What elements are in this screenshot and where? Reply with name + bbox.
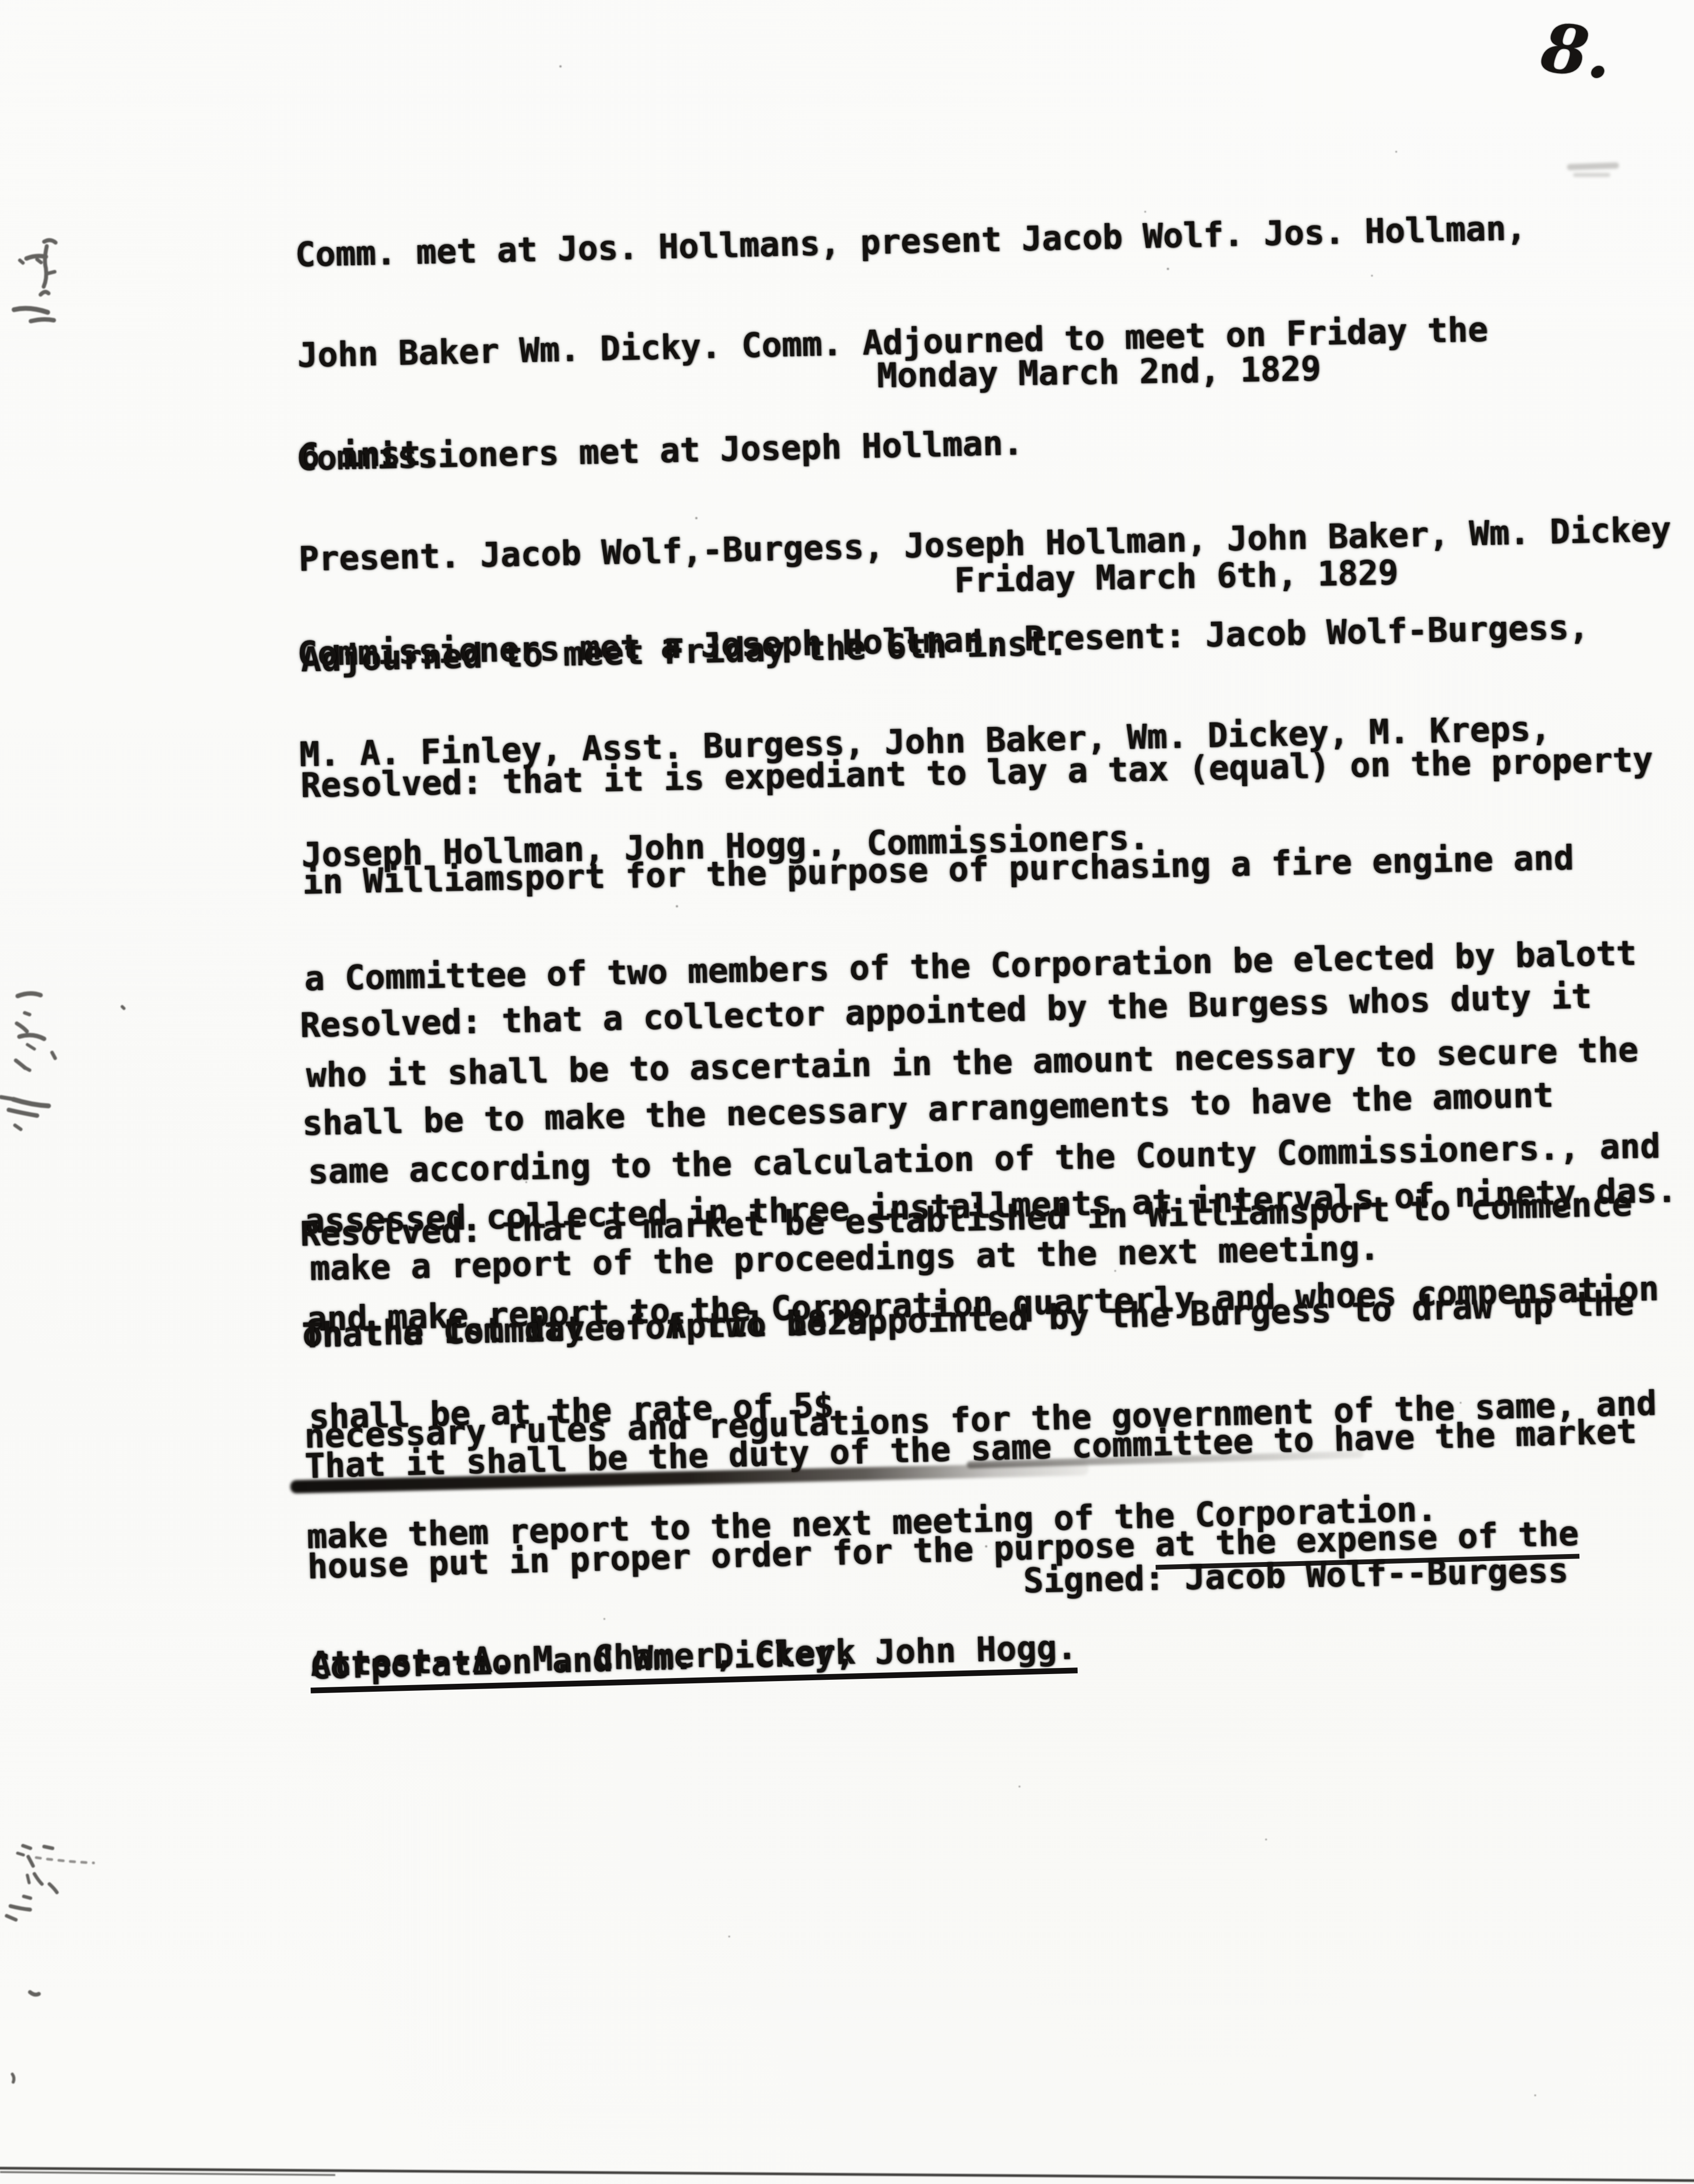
signature-line: Signed: Jacob Wolf--Burgess <box>1022 1487 1570 1665</box>
ink-speck <box>603 1618 605 1620</box>
ink-speck <box>676 905 678 907</box>
ink-speck <box>525 1181 527 1183</box>
ink-speck <box>1019 1786 1020 1787</box>
text-line: Resolved: that a collector appointed by … <box>300 978 1672 1042</box>
ink-speck <box>1167 268 1169 270</box>
ink-speck <box>1114 1270 1116 1272</box>
faint-pencil-smudge <box>1573 173 1610 177</box>
ink-speck <box>1517 1007 1519 1009</box>
ink-speck <box>1144 211 1146 213</box>
text-line: in Williamsport for the purpose of purch… <box>302 840 1655 898</box>
ink-speck <box>1395 151 1397 153</box>
text-line: Comm. met at Jos. Hollmans, present Jaco… <box>295 211 1526 272</box>
ink-speck <box>1006 554 1008 556</box>
text-line: Resolved: that it is expediant to lay a … <box>300 743 1653 802</box>
ink-speck <box>985 1545 987 1547</box>
text-line: That a Committee of two be appointed by … <box>302 1286 1655 1352</box>
ink-speck <box>728 1936 730 1937</box>
text-line: Commissioners met at Joseph Hollman. <box>296 412 1669 476</box>
ink-speck <box>559 65 562 67</box>
faint-pencil-smudge <box>1567 162 1619 170</box>
ink-speck <box>695 517 697 519</box>
ink-speck <box>1265 1839 1267 1840</box>
ink-speck <box>1534 2094 1536 2096</box>
handwritten-page-number: 8. <box>1537 7 1616 94</box>
text-line: Commissioners met a Joseph Hollman, Pres… <box>297 611 1589 671</box>
ink-speck <box>1371 275 1373 277</box>
scan-edge-line-shadow <box>0 2171 335 2176</box>
ink-speck <box>1460 1402 1462 1404</box>
attest-line: Attest--A. M. Chamer, Clerk <box>309 1568 858 1748</box>
scanned-document-page: 8. <box>0 0 1694 2184</box>
ink-speck <box>1634 520 1636 521</box>
text-line: Attest--A. M. Chamer, Clerk <box>310 1635 856 1681</box>
text-line: Signed: Jacob Wolf--Burgess <box>1023 1554 1569 1598</box>
